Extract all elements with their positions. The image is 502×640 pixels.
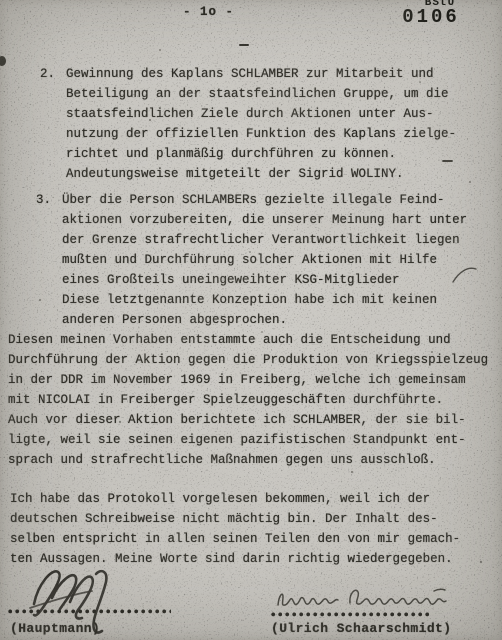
- archive-stamp: BStU 0106: [399, 0, 463, 26]
- paragraph-aktion-freiberg: Diesen meinen Vorhaben entstammte auch d…: [8, 330, 488, 470]
- item-text: Gewinnung des Kaplans SCHLAMBER zur Mita…: [66, 64, 456, 184]
- item-number: 2.: [40, 64, 66, 184]
- signature-dotted-line: [8, 609, 171, 614]
- numbered-item-3: 3. Über die Person SCHLAMBERs gezielte i…: [36, 190, 467, 330]
- schaarschmidt-signature-handwriting: [266, 583, 456, 615]
- signature-caption-right: (Ulrich Schaarschmidt): [271, 619, 451, 639]
- stamp-number: 0106: [399, 8, 463, 26]
- paragraph-protokoll-erklaerung: Ich habe das Protokoll vorgelesen bekomm…: [10, 489, 460, 569]
- signature-dotted-line: [271, 612, 432, 617]
- signature-caption-left: (Hauptmann): [10, 619, 100, 639]
- item-text: Über die Person SCHLAMBERs gezielte ille…: [62, 190, 467, 330]
- item-number: 3.: [36, 190, 62, 330]
- numbered-item-2: 2. Gewinnung des Kaplans SCHLAMBER zur M…: [40, 64, 456, 184]
- scanned-document-page: - 1o - BStU 0106 2. Gewinnung des Kaplan…: [0, 0, 502, 640]
- stamp-agency: BStU: [408, 0, 472, 8]
- page-number: - 1o -: [183, 2, 234, 22]
